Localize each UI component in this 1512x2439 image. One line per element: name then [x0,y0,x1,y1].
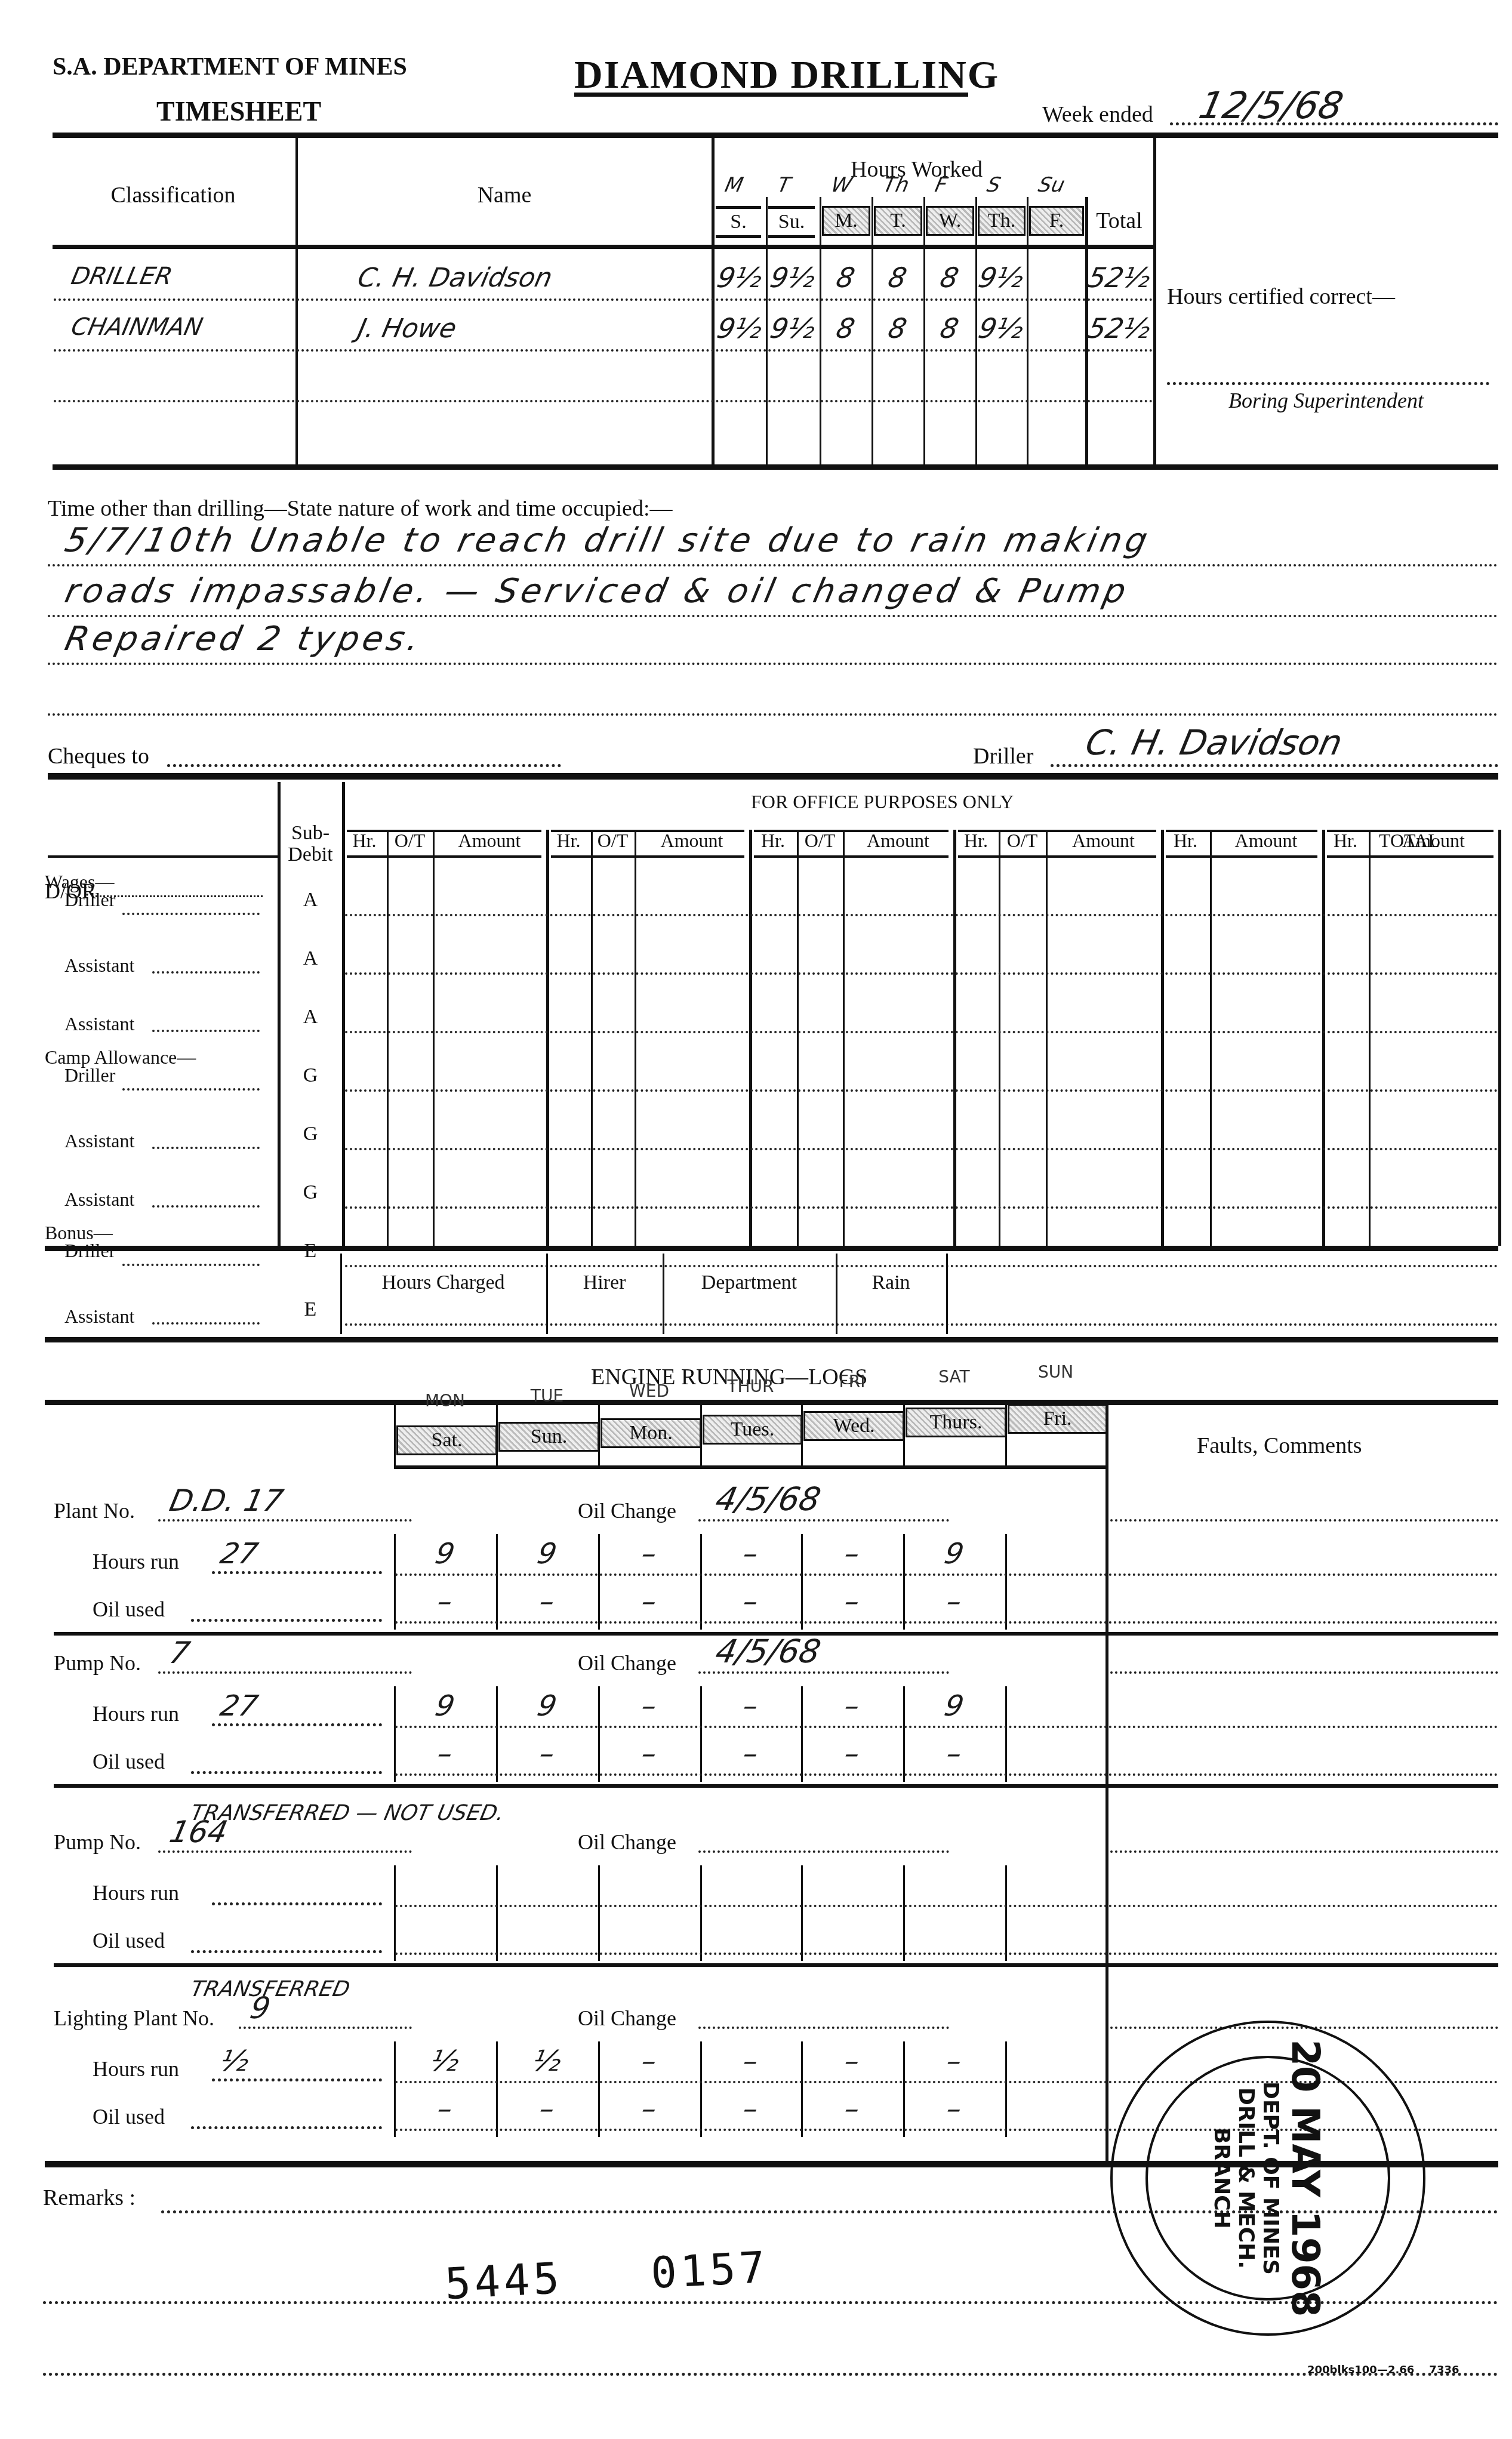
column-divider [1369,830,1371,1246]
group-rule [958,855,1156,858]
header-rule [48,855,278,858]
divider [712,137,715,469]
row-rule[interactable] [345,1031,1498,1033]
group-rule [1327,855,1493,858]
row-rule [54,349,1153,352]
oil-change-label: Oil Change [578,1498,676,1523]
handwritten-day: TUE [496,1386,598,1406]
day-column-header: Th. [978,206,1026,236]
hours-run-label: Hours run [93,1549,179,1574]
oil-change-field[interactable] [698,1519,949,1522]
footer-divider [946,1254,948,1334]
subdebit-code: G [281,1064,340,1087]
day-column-header: Sat. [396,1425,497,1455]
subdebit-code: A [281,1006,340,1028]
section-number[interactable]: 7 [167,1636,193,1670]
leader-dots [152,1030,260,1032]
column-divider [387,830,389,1246]
office-title: FOR OFFICE PURPOSES ONLY [751,791,1014,813]
superintendent-label: Boring Superintendent [1228,388,1424,413]
day-column-header: Wed. [803,1411,904,1441]
hours-run-leader [212,2078,382,2081]
driller-label: Driller [973,743,1033,769]
divider [1153,137,1156,469]
oil-used-cell[interactable]: – [390,1585,500,1618]
group-rule [754,855,949,858]
group-rule [347,855,541,858]
faults-label: Faults, Comments [1197,1433,1362,1459]
hours-run-total[interactable]: 27 [217,1537,261,1570]
oil-used-leader [191,1619,382,1622]
ruled-line[interactable] [48,615,1498,617]
day-column-header: Sun. [498,1422,599,1452]
cheques-field[interactable] [167,764,561,767]
oil-used-cell[interactable]: – [900,1585,1009,1618]
subdebit-code: G [281,1181,340,1204]
column-header: O/T [387,830,433,852]
row-rule [54,400,1153,402]
column-header: Amount [635,830,749,852]
hours-run-cell[interactable]: – [697,1537,805,1570]
leader-dots [122,1088,260,1091]
subdebit-code: E [281,1240,340,1262]
column-header: Hr. [342,830,387,852]
section-rule [54,1784,1498,1788]
hours-run-leader [212,1902,382,1905]
handwritten-day: FRI [801,1372,903,1391]
hours-cell[interactable]: 8 [816,312,874,344]
amount-split [1498,855,1500,1246]
hours-cell[interactable]: 9½ [710,261,769,294]
name-cell[interactable]: J. Howe [355,313,460,344]
section-label: Plant No. [54,1498,135,1523]
hours-cell[interactable]: 9½ [762,312,823,344]
total-cell[interactable]: 52½ [1082,261,1156,294]
day-divider [1005,1686,1007,1782]
day-divider [598,1865,600,1961]
number-field[interactable] [158,1671,412,1674]
oil-used-cell[interactable]: – [900,1737,1009,1770]
hours-cell[interactable]: 8 [920,261,978,294]
day-column-header: T. [874,206,922,236]
day-column-header: S. [716,206,761,238]
day-divider [801,1865,803,1961]
hours-run-cell[interactable]: – [797,1689,907,1723]
dor-field[interactable] [96,895,263,897]
oil-used-label: Oil used [93,1928,165,1953]
row-rule [395,1773,1498,1776]
certified-label: Hours certified correct— [1167,284,1395,310]
hours-run-cell[interactable]: – [697,1689,805,1723]
row-label: Driller [64,1064,115,1086]
day-divider [1005,1534,1007,1630]
day-divider [903,1865,905,1961]
hours-worked-label: Hours Worked [851,156,983,183]
leader-dots [152,971,260,974]
column-header: Hr. [749,830,797,852]
oil-change-label: Oil Change [578,2006,676,2031]
faults-divider [1105,1403,1108,2161]
day-column-header: Su. [768,206,815,238]
subdebit-code: G [281,1123,340,1145]
day-divider [801,1403,803,1468]
number-field[interactable] [158,1850,412,1853]
day-column-header: Thurs. [906,1408,1006,1437]
day-column-header: Fri. [1008,1404,1107,1434]
day-divider [1005,2041,1007,2137]
column-header: Hr. [1322,830,1369,852]
leader-dots [122,1264,260,1266]
driller-signature-line[interactable] [1051,764,1498,767]
week-ended-label: Week ended [1042,101,1153,128]
row-rule [395,1726,1498,1728]
oil-used-cell[interactable]: – [797,1737,907,1770]
column-divider [635,830,636,1246]
column-header: Amount [843,830,953,852]
title-underline [574,93,968,97]
oil-used-cell[interactable]: – [492,2092,602,2126]
stamped-number: 5445 0157 [444,2242,769,2309]
day-column-header: M. [822,206,870,236]
oil-used-cell[interactable]: – [595,2092,704,2126]
hours-cell[interactable]: 8 [816,261,874,294]
day-divider [394,1865,396,1961]
hours-run-total[interactable]: 27 [217,1689,261,1723]
column-header: O/T [591,830,635,852]
row-rule[interactable] [345,1206,1498,1209]
oil-change-value[interactable]: 4/5/68 [712,1480,824,1518]
hours-cell[interactable]: 9½ [972,312,1030,344]
divider [295,137,298,469]
oil-used-label: Oil used [93,1597,165,1622]
day-column-header: W. [926,206,974,236]
handwritten-day-label: S [985,173,1003,197]
cheques-label: Cheques to [48,743,149,769]
row-label: Assistant [64,1130,134,1152]
faults-line[interactable] [1110,1519,1498,1522]
stamp-line1: DEPT. OF MINES [1258,2039,1283,2317]
row-rule[interactable] [345,1265,1498,1267]
oil-used-cell[interactable]: – [492,1585,602,1618]
oil-change-label: Oil Change [578,1650,676,1676]
stamp-line2: DRILL & MECH. [1234,2039,1258,2317]
day-divider [496,1403,498,1468]
department-name: S.A. DEPARTMENT OF MINES [53,53,407,81]
day-header-rule [394,1465,1105,1469]
section-number[interactable]: D.D. 17 [167,1483,287,1518]
handwritten-day-label: M [723,173,746,197]
handwritten-note: 5/7/10th Unable to reach drill site due … [61,521,1154,560]
oil-used-leader [191,2126,382,2129]
remarks-line-3[interactable] [43,2373,1498,2376]
column-header: Hr. [953,830,999,852]
day-column-header: Tues. [703,1415,802,1445]
oil-used-label: Oil used [93,1749,165,1774]
oil-used-cell[interactable]: – [900,2092,1009,2126]
leader-dots [152,1147,260,1149]
hours-cell[interactable]: 9½ [710,312,769,344]
column-divider [1210,830,1212,1246]
column-header: O/T [999,830,1046,852]
stamp-text: 20 MAY 1968 DEPT. OF MINES DRILL & MECH.… [1209,2039,1327,2317]
day-divider [1005,1403,1007,1468]
section-note: TRANSFERRED — NOT USED. [189,1801,507,1825]
column-header: Hr. [546,830,591,852]
hours-run-leader [212,1723,382,1726]
received-stamp: 20 MAY 1968 DEPT. OF MINES DRILL & MECH.… [1110,2021,1425,2336]
row-rule [395,1621,1498,1624]
hours-run-total[interactable]: ½ [217,2044,252,2078]
hours-run-cell[interactable]: 9 [492,1537,602,1570]
ruled-line[interactable] [48,564,1498,566]
day-divider [1027,197,1028,464]
handwritten-day: SAT [903,1367,1005,1387]
faults-line[interactable] [1110,1671,1498,1674]
handwritten-day-label: T [775,173,793,197]
oil-used-cell[interactable]: – [492,1737,602,1770]
subdebit-code: A [281,889,340,911]
print-code: 200blks100—2.66 7336 [1307,2364,1459,2376]
oil-used-cell[interactable]: – [697,2092,805,2126]
column-header: Amount [1046,830,1161,852]
footer-label: Hours Charged [340,1271,546,1294]
day-divider [903,1403,905,1468]
row-rule[interactable] [345,1148,1498,1150]
subdebit-code: E [281,1298,340,1321]
form-title: DIAMOND DRILLING [574,53,999,98]
row-label: Driller [64,889,115,911]
oil-used-cell[interactable]: – [697,1737,805,1770]
leader-dots [122,913,260,915]
other-time-label: Time other than drilling—State nature of… [48,495,673,522]
row-rule [54,298,1153,301]
header-rule [53,133,1498,138]
oil-used-leader [191,1950,382,1953]
oil-used-cell[interactable]: – [595,1585,704,1618]
hours-run-label: Hours run [93,1701,179,1726]
handwritten-note: Repaired 2 types. [61,620,426,658]
hours-run-cell[interactable]: 9 [900,1537,1009,1570]
footer-label: Rain [836,1271,946,1294]
stamp-line3: BRANCH [1209,2039,1234,2317]
section-label: Lighting Plant No. [54,2006,214,2031]
oil-change-label: Oil Change [578,1830,676,1855]
hours-run-label: Hours run [93,1880,179,1905]
timesheet-bottom-rule [53,464,1498,470]
total-cell[interactable]: 52½ [1082,312,1156,344]
day-divider [496,1865,498,1961]
handwritten-day-label: Su [1036,173,1067,197]
timesheet-header-rule [53,245,1154,249]
form-type: TIMESHEET [156,96,321,127]
handwritten-note: roads impassable. — Serviced & oil chang… [61,572,1133,611]
hours-run-cell[interactable]: ½ [492,2044,602,2078]
oil-change-field[interactable] [698,1850,949,1853]
section-rule [54,1963,1498,1967]
oil-used-cell[interactable]: – [697,1585,805,1618]
oil-used-leader [191,1771,382,1774]
day-divider [598,1403,600,1468]
footer-label: Department [663,1271,836,1294]
oil-used-cell[interactable]: – [797,2092,907,2126]
section-number[interactable]: 164 [167,1815,231,1849]
section-label: Pump No. [54,1830,141,1855]
col-total: Total [1086,208,1152,234]
col-name: Name [298,182,710,208]
hours-run-leader [212,1571,382,1574]
remarks-label: Remarks : [43,2185,136,2211]
oil-used-cell[interactable]: – [797,1585,907,1618]
office-top-rule [48,773,1498,780]
handwritten-day: WED [598,1381,700,1401]
column-header: Hr. [1161,830,1210,852]
number-field[interactable] [158,1519,412,1522]
handwritten-day: MON [394,1391,496,1411]
week-ended-value[interactable]: 12/5/68 [1195,84,1347,127]
driller-signature: C. H. Davidson [1082,722,1346,763]
day-divider [394,1403,396,1468]
hours-run-cell[interactable]: – [595,1537,704,1570]
row-label: Assistant [64,954,134,977]
row-rule[interactable] [345,1089,1498,1092]
column-header: Amount [1369,830,1498,852]
row-rule [395,1953,1498,1955]
faults-line[interactable] [1110,1850,1498,1853]
section-label: Pump No. [54,1650,141,1676]
subdebit-code: A [281,947,340,970]
row-rule[interactable] [345,972,1498,975]
group-rule [551,855,744,858]
day-column-header: F. [1029,206,1084,236]
column-header: Amount [433,830,546,852]
row-rule [395,1573,1498,1576]
hours-cell[interactable]: 8 [868,312,926,344]
hours-cell[interactable]: 8 [920,312,978,344]
hours-run-cell[interactable]: – [797,1537,907,1570]
column-divider [999,830,1000,1246]
oil-change-field[interactable] [698,2027,949,2029]
engine-header-rule [45,1400,1498,1405]
ruled-line[interactable] [48,663,1498,665]
group-rule [1166,855,1317,858]
column-divider [1046,830,1048,1246]
hours-run-cell[interactable]: – [900,2044,1009,2078]
handwritten-day-label: Th [881,173,911,197]
oil-used-cell[interactable]: – [595,1737,704,1770]
day-divider [700,1403,702,1468]
hours-cell[interactable]: 8 [868,261,926,294]
number-field[interactable] [239,2027,412,2029]
oil-change-value[interactable]: 4/5/68 [712,1633,824,1670]
day-divider [1005,1865,1007,1961]
hours-run-label: Hours run [93,2056,179,2081]
leader-dots [152,1205,260,1208]
row-rule [395,1905,1498,1907]
hours-run-cell[interactable]: – [595,2044,704,2078]
oil-change-field[interactable] [698,1671,949,1674]
day-divider [700,1865,702,1961]
handwritten-day: THUR [700,1376,801,1396]
hours-run-cell[interactable]: 9 [492,1689,602,1723]
classification-cell[interactable]: CHAINMAN [69,313,205,341]
engine-top-rule [45,1337,1498,1342]
row-rule[interactable] [345,914,1498,916]
hours-run-cell[interactable]: – [797,2044,907,2078]
row-rule[interactable] [345,1323,1498,1326]
column-divider [843,830,845,1246]
column-divider [433,830,435,1246]
day-column-header: Mon. [601,1418,701,1448]
column-divider [797,830,799,1246]
column-header: O/T [797,830,843,852]
col-classification: Classification [54,182,292,208]
stamp-date: 20 MAY 1968 [1283,2039,1327,2317]
handwritten-day: SUN [1005,1362,1106,1382]
hours-run-cell[interactable]: 9 [390,1689,500,1723]
name-cell[interactable]: C. H. Davidson [355,263,555,293]
leader-dots [152,1322,260,1325]
hours-cell[interactable]: 9½ [762,261,823,294]
oil-used-label: Oil used [93,2104,165,2129]
hours-run-cell[interactable]: – [697,2044,805,2078]
hours-run-cell[interactable]: 9 [900,1689,1009,1723]
footer-label: Hirer [546,1271,663,1294]
row-label: Assistant [64,1013,134,1035]
signature-line[interactable] [1167,382,1489,385]
subdebit-label: Sub-Debit [281,823,340,866]
ruled-line[interactable] [48,713,1498,716]
classification-cell[interactable]: DRILLER [69,263,175,290]
hours-run-cell[interactable]: 9 [390,1537,500,1570]
column-header: Amount [1210,830,1322,852]
hours-cell[interactable]: 9½ [972,261,1030,294]
row-label: Assistant [64,1188,134,1211]
handwritten-day-label: W [829,173,854,197]
hours-run-cell[interactable]: ½ [390,2044,500,2078]
column-divider [591,830,593,1246]
oil-used-cell[interactable]: – [390,2092,500,2126]
row-label: Assistant [64,1305,134,1328]
office-bottom-rule [45,1246,1498,1251]
hours-run-cell[interactable]: – [595,1689,704,1723]
oil-used-cell[interactable]: – [390,1737,500,1770]
